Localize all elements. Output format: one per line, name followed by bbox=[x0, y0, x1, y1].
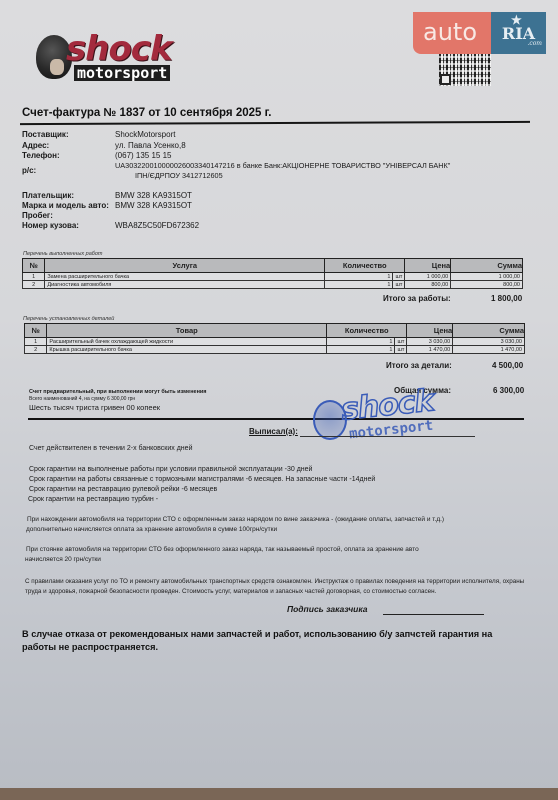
cell-price: 1 470,00 bbox=[407, 346, 453, 354]
parts-header-qty: Количество bbox=[327, 324, 407, 338]
vin-label: Номер кузова: bbox=[22, 221, 112, 230]
cell-sum: 1 470,00 bbox=[453, 346, 525, 354]
cell-qty: 1 bbox=[325, 273, 393, 281]
car-label: Марка и модель авто: bbox=[22, 201, 112, 210]
payer-value: BMW 328 KA9315OT bbox=[115, 191, 192, 200]
parts-caption: Перечень установленных деталей bbox=[23, 316, 114, 322]
cell-unit: шт bbox=[393, 281, 405, 289]
warranty-line: Срок гарантии на работы связанные с торм… bbox=[29, 476, 375, 483]
parts-header-price: Цена bbox=[407, 324, 453, 338]
parts-header-name: Товар bbox=[47, 324, 327, 338]
works-header-name: Услуга bbox=[45, 259, 325, 273]
car-value: BMW 328 KA9315OT bbox=[115, 201, 192, 210]
customer-signature-label: Подпись заказчика bbox=[287, 604, 367, 614]
star-icon: ★ bbox=[511, 0, 522, 42]
logo-shock-text: shock bbox=[66, 29, 172, 69]
table-row: 2 Крышка расширительного бачка 1 шт 1 47… bbox=[25, 346, 525, 354]
account-value: UA303220010000026003340147216 в банке Ба… bbox=[115, 161, 450, 170]
issued-by-line bbox=[300, 436, 475, 437]
mileage-label: Пробег: bbox=[22, 211, 112, 220]
cell-price: 1 000,00 bbox=[405, 273, 451, 281]
works-caption: Перечень выполненных работ bbox=[23, 251, 103, 257]
issued-by-label: Выписал(а): bbox=[249, 427, 298, 436]
parts-header-num: № bbox=[25, 324, 47, 338]
parts-total-value: 4 500,00 bbox=[492, 361, 523, 370]
cell-qty: 1 bbox=[327, 346, 395, 354]
works-table: № Услуга Количество Цена Сумма 1 Замена … bbox=[22, 258, 523, 289]
autoria-auto-text: auto bbox=[413, 12, 491, 54]
works-header-price: Цена bbox=[405, 259, 451, 273]
shock-motorsport-logo: shock motorsport bbox=[36, 33, 211, 85]
parts-table: № Товар Количество Цена Сумма 1 Расширит… bbox=[24, 323, 525, 354]
storage-note-1a: При нахождении автомобиля на территории … bbox=[27, 516, 444, 523]
cell-sum: 3 030,00 bbox=[453, 338, 525, 346]
cell-name: Замена расширительного бачка bbox=[45, 273, 325, 281]
works-header-sum: Сумма bbox=[451, 259, 523, 273]
table-surface bbox=[0, 788, 558, 800]
cell-unit: шт bbox=[393, 273, 405, 281]
customer-signature-line bbox=[383, 614, 484, 615]
rules-acknowledgement: С правилами оказания услуг по ТО и ремон… bbox=[25, 577, 525, 597]
table-row: 1 Замена расширительного бачка 1 шт 1 00… bbox=[23, 273, 523, 281]
cell-unit: шт bbox=[395, 338, 407, 346]
cell-sum: 800,00 bbox=[451, 281, 523, 289]
cell-name: Диагностика автомобиля bbox=[45, 281, 325, 289]
tax-id-value: ІПН/ЄДРПОУ 3412712605 bbox=[135, 171, 223, 180]
warranty-line: Срок гарантии на реставрацию рулевой рей… bbox=[29, 486, 217, 493]
validity-note: Счет действителен в течении 2-х банковск… bbox=[29, 445, 192, 452]
phone-label: Телефон: bbox=[22, 151, 112, 160]
warranty-line: Срок гарантии на выполненые работы при у… bbox=[29, 466, 312, 473]
items-count: Всего наименований 4, на сумму 6 300,00 … bbox=[29, 396, 135, 402]
table-row: 1 Расширительный бачек охлаждающей жидко… bbox=[25, 338, 525, 346]
logo-motorsport-text: motorsport bbox=[74, 65, 170, 81]
cell-price: 3 030,00 bbox=[407, 338, 453, 346]
warranty-line: Срок гарантии на реставрацию турбин - bbox=[28, 496, 158, 503]
cell-num: 2 bbox=[23, 281, 45, 289]
supplier-value: ShockMotorsport bbox=[115, 130, 175, 139]
cell-qty: 1 bbox=[327, 338, 395, 346]
works-header-num: № bbox=[23, 259, 45, 273]
works-total-value: 1 800,00 bbox=[491, 294, 522, 303]
parts-header-sum: Сумма bbox=[453, 324, 525, 338]
cell-unit: шт bbox=[395, 346, 407, 354]
address-label: Адрес: bbox=[22, 141, 112, 150]
preliminary-note: Счет предварительный, при выполнении мог… bbox=[29, 389, 207, 395]
cell-num: 2 bbox=[25, 346, 47, 354]
refusal-warning: В случае отказа от рекомендованых нами з… bbox=[22, 628, 522, 654]
account-label: р/с: bbox=[22, 166, 112, 175]
parts-total-label: Итого за детали: bbox=[386, 361, 452, 370]
vin-value: WBA8Z5C50FD672362 bbox=[115, 221, 199, 230]
storage-note-1b: дополнительно начисляется оплата за хран… bbox=[26, 526, 277, 533]
table-row: 2 Диагностика автомобиля 1 шт 800,00 800… bbox=[23, 281, 523, 289]
invoice-title: Счет-фактура № 1837 от 10 сентября 2025 … bbox=[22, 107, 271, 119]
autoria-watermark: auto ★ RIA .com bbox=[413, 12, 546, 54]
storage-note-2a: При стоянке автомобиля на территории СТО… bbox=[26, 546, 419, 553]
works-total-label: Итого за работы: bbox=[383, 294, 451, 303]
payer-label: Плательщик: bbox=[22, 191, 112, 200]
storage-note-2b: начисляется 20 грн/сутки bbox=[25, 556, 101, 563]
autoria-domain: .com bbox=[527, 22, 542, 66]
cell-num: 1 bbox=[23, 273, 45, 281]
amount-in-words: Шесть тысяч триста гривен 00 копеек bbox=[29, 403, 160, 412]
supplier-label: Поставщик: bbox=[22, 130, 112, 139]
works-header-qty: Количество bbox=[325, 259, 405, 273]
cell-price: 800,00 bbox=[405, 281, 451, 289]
cell-name: Расширительный бачек охлаждающей жидкост… bbox=[47, 338, 327, 346]
cell-num: 1 bbox=[25, 338, 47, 346]
address-value: ул. Павла Усенко,8 bbox=[115, 141, 186, 150]
cell-sum: 1 000,00 bbox=[451, 273, 523, 281]
cell-name: Крышка расширительного бачка bbox=[47, 346, 327, 354]
company-stamp: shock motorsport bbox=[313, 394, 503, 450]
cell-qty: 1 bbox=[325, 281, 393, 289]
autoria-ria-block: ★ RIA .com bbox=[491, 12, 546, 54]
invoice-page: shock motorsport auto ★ RIA .com Счет-фа… bbox=[0, 0, 558, 790]
title-divider bbox=[20, 121, 530, 125]
phone-value: (067) 135 15 15 bbox=[115, 151, 172, 160]
